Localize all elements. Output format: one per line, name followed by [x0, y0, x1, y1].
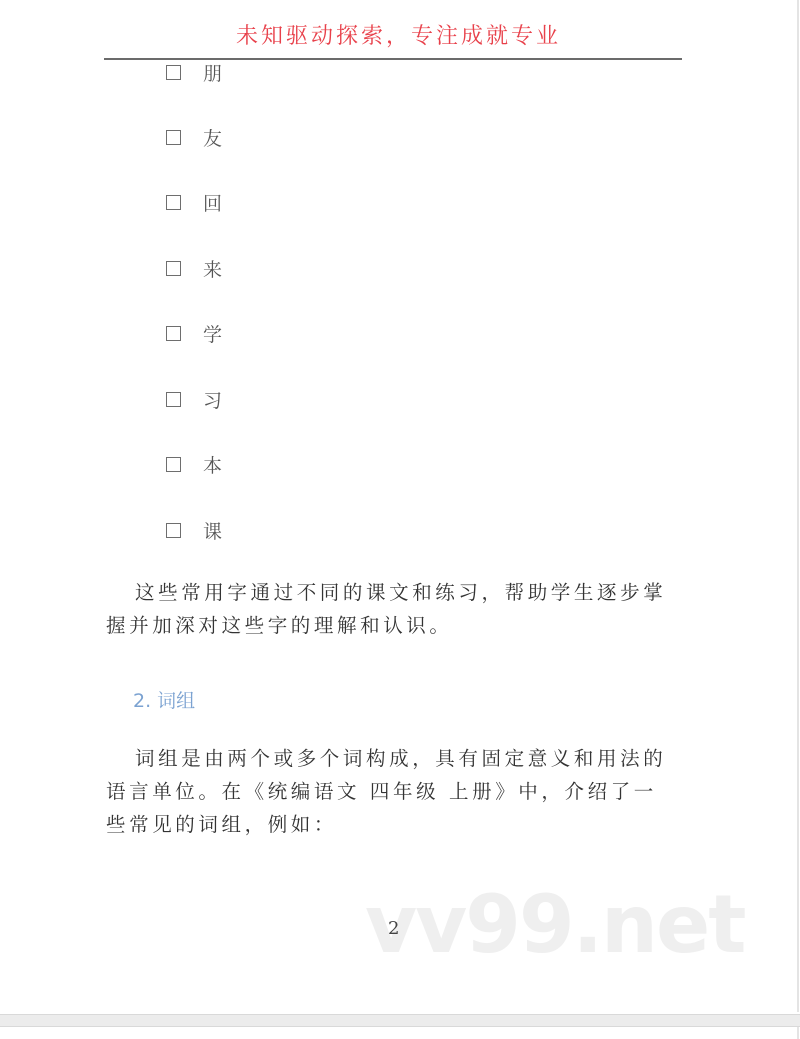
checklist-item-label: 回	[203, 189, 222, 216]
section-heading-phrases: 2. 词组	[133, 686, 195, 713]
checklist-item-label: 本	[203, 451, 222, 478]
paragraph-phrases-intro: 词组是由两个或多个词构成，具有固定意义和用法的语言单位。在《统编语文 四年级 上…	[106, 742, 676, 841]
paragraph-common-characters: 这些常用字通过不同的课文和练习，帮助学生逐步掌握并加深对这些字的理解和认识。	[106, 576, 676, 642]
checkbox-icon[interactable]	[166, 261, 181, 276]
page-separator	[0, 1014, 800, 1027]
checkbox-icon[interactable]	[166, 523, 181, 538]
checklist-item-label: 来	[203, 255, 222, 282]
checklist-item: 学	[166, 321, 222, 345]
checklist-item: 回	[166, 190, 222, 214]
checklist-item: 朋	[166, 60, 222, 84]
site-watermark: vv99.net	[365, 885, 744, 965]
checkbox-icon[interactable]	[166, 195, 181, 210]
checklist-item: 习	[166, 387, 222, 411]
checklist-item-label: 朋	[203, 59, 222, 86]
page-header-slogan: 未知驱动探索，专注成就专业	[0, 19, 797, 50]
checklist-item-label: 学	[203, 320, 222, 347]
checklist-item-label: 习	[203, 386, 222, 413]
next-page-top	[0, 1027, 799, 1039]
page-number: 2	[388, 918, 399, 939]
checkbox-icon[interactable]	[166, 130, 181, 145]
checklist-item: 友	[166, 125, 222, 149]
checklist-item-label: 友	[203, 124, 222, 151]
checkbox-icon[interactable]	[166, 392, 181, 407]
checklist-item: 本	[166, 452, 222, 476]
checklist-item: 课	[166, 518, 222, 542]
checklist-item: 来	[166, 256, 222, 280]
checklist-item-label: 课	[203, 517, 222, 544]
document-page: 未知驱动探索，专注成就专业 朋 友 回 来 学 习 本	[0, 0, 799, 1012]
checkbox-icon[interactable]	[166, 65, 181, 80]
checkbox-icon[interactable]	[166, 457, 181, 472]
checkbox-icon[interactable]	[166, 326, 181, 341]
